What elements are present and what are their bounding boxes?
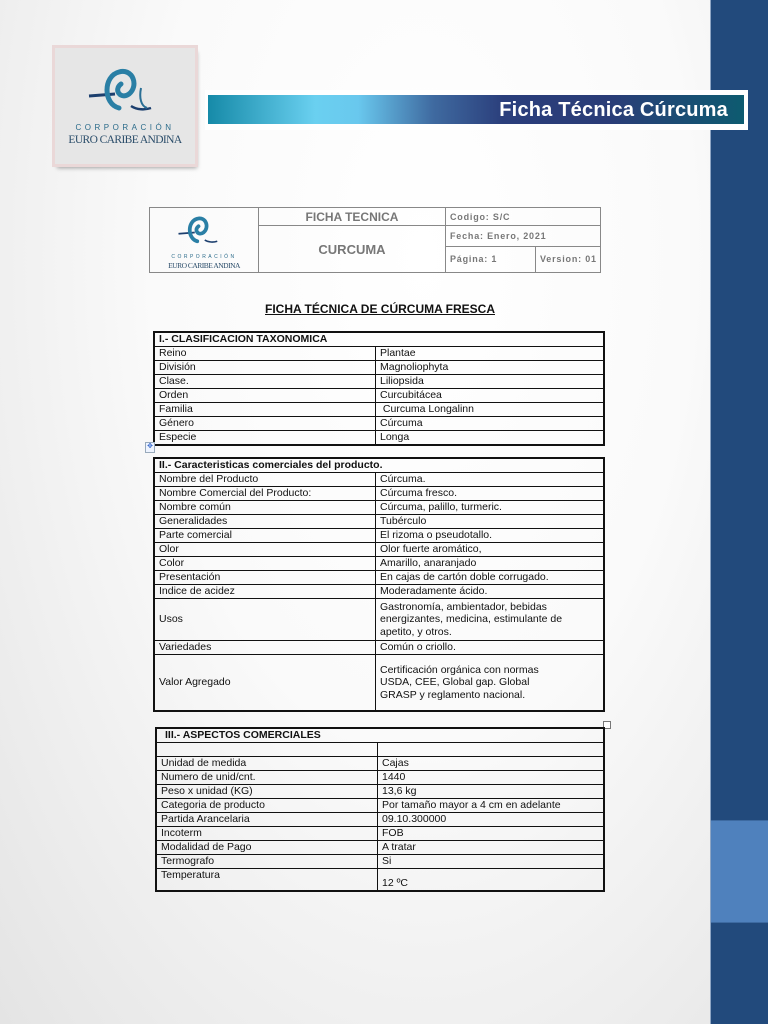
row-value: Cúrcuma — [376, 417, 605, 431]
row-value: Moderadamente ácido. — [376, 585, 605, 599]
row-label: División — [154, 361, 376, 375]
header-logo-line1: CORPORACIÓN — [150, 254, 258, 260]
commercial-characteristics-table: II.- Caracteristicas comerciales del pro… — [153, 457, 605, 712]
row-value: FOB — [378, 827, 605, 841]
table-row: ReinoPlantae — [154, 347, 604, 361]
row-label: Género — [154, 417, 376, 431]
row-label: Familia — [154, 403, 376, 417]
row-value: Cajas — [378, 757, 605, 771]
header-pagina: Página: 1 — [446, 246, 536, 272]
document-header-table: CORPORACIÓN EURO CARIBE ANDINA FICHA TEC… — [149, 207, 601, 273]
table-row: DivisiónMagnoliophyta — [154, 361, 604, 375]
characteristics-heading: II.- Caracteristicas comerciales del pro… — [154, 458, 604, 473]
row-label: Unidad de medida — [156, 757, 378, 771]
table-row: GeneralidadesTubérculo — [154, 515, 604, 529]
table-row: Numero de unid/cnt.1440 — [156, 771, 604, 785]
title-banner: Ficha Técnica Cúrcuma — [205, 90, 748, 130]
row-value: A tratar — [378, 841, 605, 855]
slide-sidebar-accent — [711, 820, 768, 923]
row-value: Plantae — [376, 347, 605, 361]
row-label: Generalidades — [154, 515, 376, 529]
row-label: Categoria de producto — [156, 799, 378, 813]
row-value: El rizoma o pseudotallo. — [376, 529, 605, 543]
row-label: Partida Arancelaria — [156, 813, 378, 827]
header-fecha: Fecha: Enero, 2021 — [446, 226, 601, 246]
taxonomy-heading: I.- CLASIFICACION TAXONOMICA — [154, 332, 604, 347]
row-label: Color — [154, 557, 376, 571]
row-label: Nombre Comercial del Producto: — [154, 487, 376, 501]
row-label: Indice de acidez — [154, 585, 376, 599]
table-row: Nombre Comercial del Producto:Cúrcuma fr… — [154, 487, 604, 501]
header-version: Version: 01 — [536, 246, 601, 272]
row-label: Clase. — [154, 375, 376, 389]
table-row: VariedadesComún o criollo. — [154, 641, 604, 655]
row-value: Cúrcuma, palillo, turmeric. — [376, 501, 605, 515]
company-logo: CORPORACIÓN EURO CARIBE ANDINA — [55, 48, 195, 164]
row-value: En cajas de cartón doble corrugado. — [376, 571, 605, 585]
row-value: 1440 — [378, 771, 605, 785]
table-row: Nombre comúnCúrcuma, palillo, turmeric. — [154, 501, 604, 515]
taxonomy-table: I.- CLASIFICACION TAXONOMICA ReinoPlanta… — [153, 331, 605, 446]
aspects-heading: III.- ASPECTOS COMERCIALES — [156, 728, 604, 743]
header-logo-cell: CORPORACIÓN EURO CARIBE ANDINA — [150, 208, 259, 273]
title-gradient-bar: Ficha Técnica Cúrcuma — [208, 95, 744, 124]
table-row: IncotermFOB — [156, 827, 604, 841]
row-value: Magnoliophyta — [376, 361, 605, 375]
table-row: Familia Curcuma Longalinn — [154, 403, 604, 417]
table-row: ColorAmarillo, anaranjado — [154, 557, 604, 571]
logo-swirl-icon — [85, 58, 165, 122]
table-row: Indice de acidezModeradamente ácido. — [154, 585, 604, 599]
row-label: Presentación — [154, 571, 376, 585]
commercial-aspects-table: III.- ASPECTOS COMERCIALES Unidad de med… — [155, 727, 605, 892]
row-label: Numero de unid/cnt. — [156, 771, 378, 785]
row-label: Olor — [154, 543, 376, 557]
table-row: Clase.Liliopsida — [154, 375, 604, 389]
table-row: Parte comercialEl rizoma o pseudotallo. — [154, 529, 604, 543]
row-value: Longa — [376, 431, 605, 446]
row-label: Usos — [154, 599, 376, 641]
row-value: Liliopsida — [376, 375, 605, 389]
header-codigo: Codigo: S/C — [446, 208, 601, 226]
row-value: Olor fuerte aromático, — [376, 543, 605, 557]
table-row: PresentaciónEn cajas de cartón doble cor… — [154, 571, 604, 585]
row-label: Variedades — [154, 641, 376, 655]
table-row: OlorOlor fuerte aromático, — [154, 543, 604, 557]
table-row: OrdenCurcubitácea — [154, 389, 604, 403]
table-row: Categoria de productoPor tamaño mayor a … — [156, 799, 604, 813]
row-label: Nombre del Producto — [154, 473, 376, 487]
row-value: Amarillo, anaranjado — [376, 557, 605, 571]
table-row — [156, 743, 604, 757]
row-label: Modalidad de Pago — [156, 841, 378, 855]
table-move-handle-icon[interactable]: ✥ — [145, 442, 155, 453]
table-row: Modalidad de PagoA tratar — [156, 841, 604, 855]
table-row: UsosGastronomía, ambientador, bebidas en… — [154, 599, 604, 641]
row-value: Certificación orgánica con normas USDA, … — [376, 655, 605, 711]
table-row: Unidad de medidaCajas — [156, 757, 604, 771]
row-label: Peso x unidad (KG) — [156, 785, 378, 799]
row-label: Parte comercial — [154, 529, 376, 543]
slide-title: Ficha Técnica Cúrcuma — [499, 99, 728, 122]
header-subtitle: CURCUMA — [259, 226, 446, 273]
row-value: Curcuma Longalinn — [376, 403, 605, 417]
row-label: Nombre común — [154, 501, 376, 515]
header-logo-icon — [176, 210, 226, 250]
row-value — [378, 743, 605, 757]
row-label — [156, 743, 378, 757]
row-label: Temperatura — [156, 869, 378, 891]
row-label: Valor Agregado — [154, 655, 376, 711]
row-value: Cúrcuma fresco. — [376, 487, 605, 501]
header-title: FICHA TECNICA — [259, 208, 446, 226]
table-row: Peso x unidad (KG)13,6 kg — [156, 785, 604, 799]
logo-line2: EURO CARIBE ANDINA — [55, 134, 195, 146]
table-row: GéneroCúrcuma — [154, 417, 604, 431]
row-value: Común o criollo. — [376, 641, 605, 655]
row-value: Por tamaño mayor a 4 cm en adelante — [378, 799, 605, 813]
row-value: Gastronomía, ambientador, bebidas energi… — [376, 599, 605, 641]
table-row: Valor AgregadoCertificación orgánica con… — [154, 655, 604, 711]
row-value: 12 ºC — [378, 869, 605, 891]
row-label: Termografo — [156, 855, 378, 869]
table-row: Partida Arancelaria09.10.300000 — [156, 813, 604, 827]
row-value: Tubérculo — [376, 515, 605, 529]
row-label: Incoterm — [156, 827, 378, 841]
logo-line1: CORPORACIÓN — [55, 123, 195, 132]
table-row: TermografoSi — [156, 855, 604, 869]
row-label: Orden — [154, 389, 376, 403]
row-label: Reino — [154, 347, 376, 361]
row-value: 09.10.300000 — [378, 813, 605, 827]
row-value: Cúrcuma. — [376, 473, 605, 487]
document-title: FICHA TÉCNICA DE CÚRCUMA FRESCA — [145, 302, 615, 316]
table-row: Temperatura12 ºC — [156, 869, 604, 891]
row-value: Si — [378, 855, 605, 869]
row-value: Curcubitácea — [376, 389, 605, 403]
table-row: Nombre del ProductoCúrcuma. — [154, 473, 604, 487]
row-value: 13,6 kg — [378, 785, 605, 799]
header-logo-line2: EURO CARIBE ANDINA — [150, 261, 258, 270]
table-row: EspecieLonga — [154, 431, 604, 446]
row-label: Especie — [154, 431, 376, 446]
